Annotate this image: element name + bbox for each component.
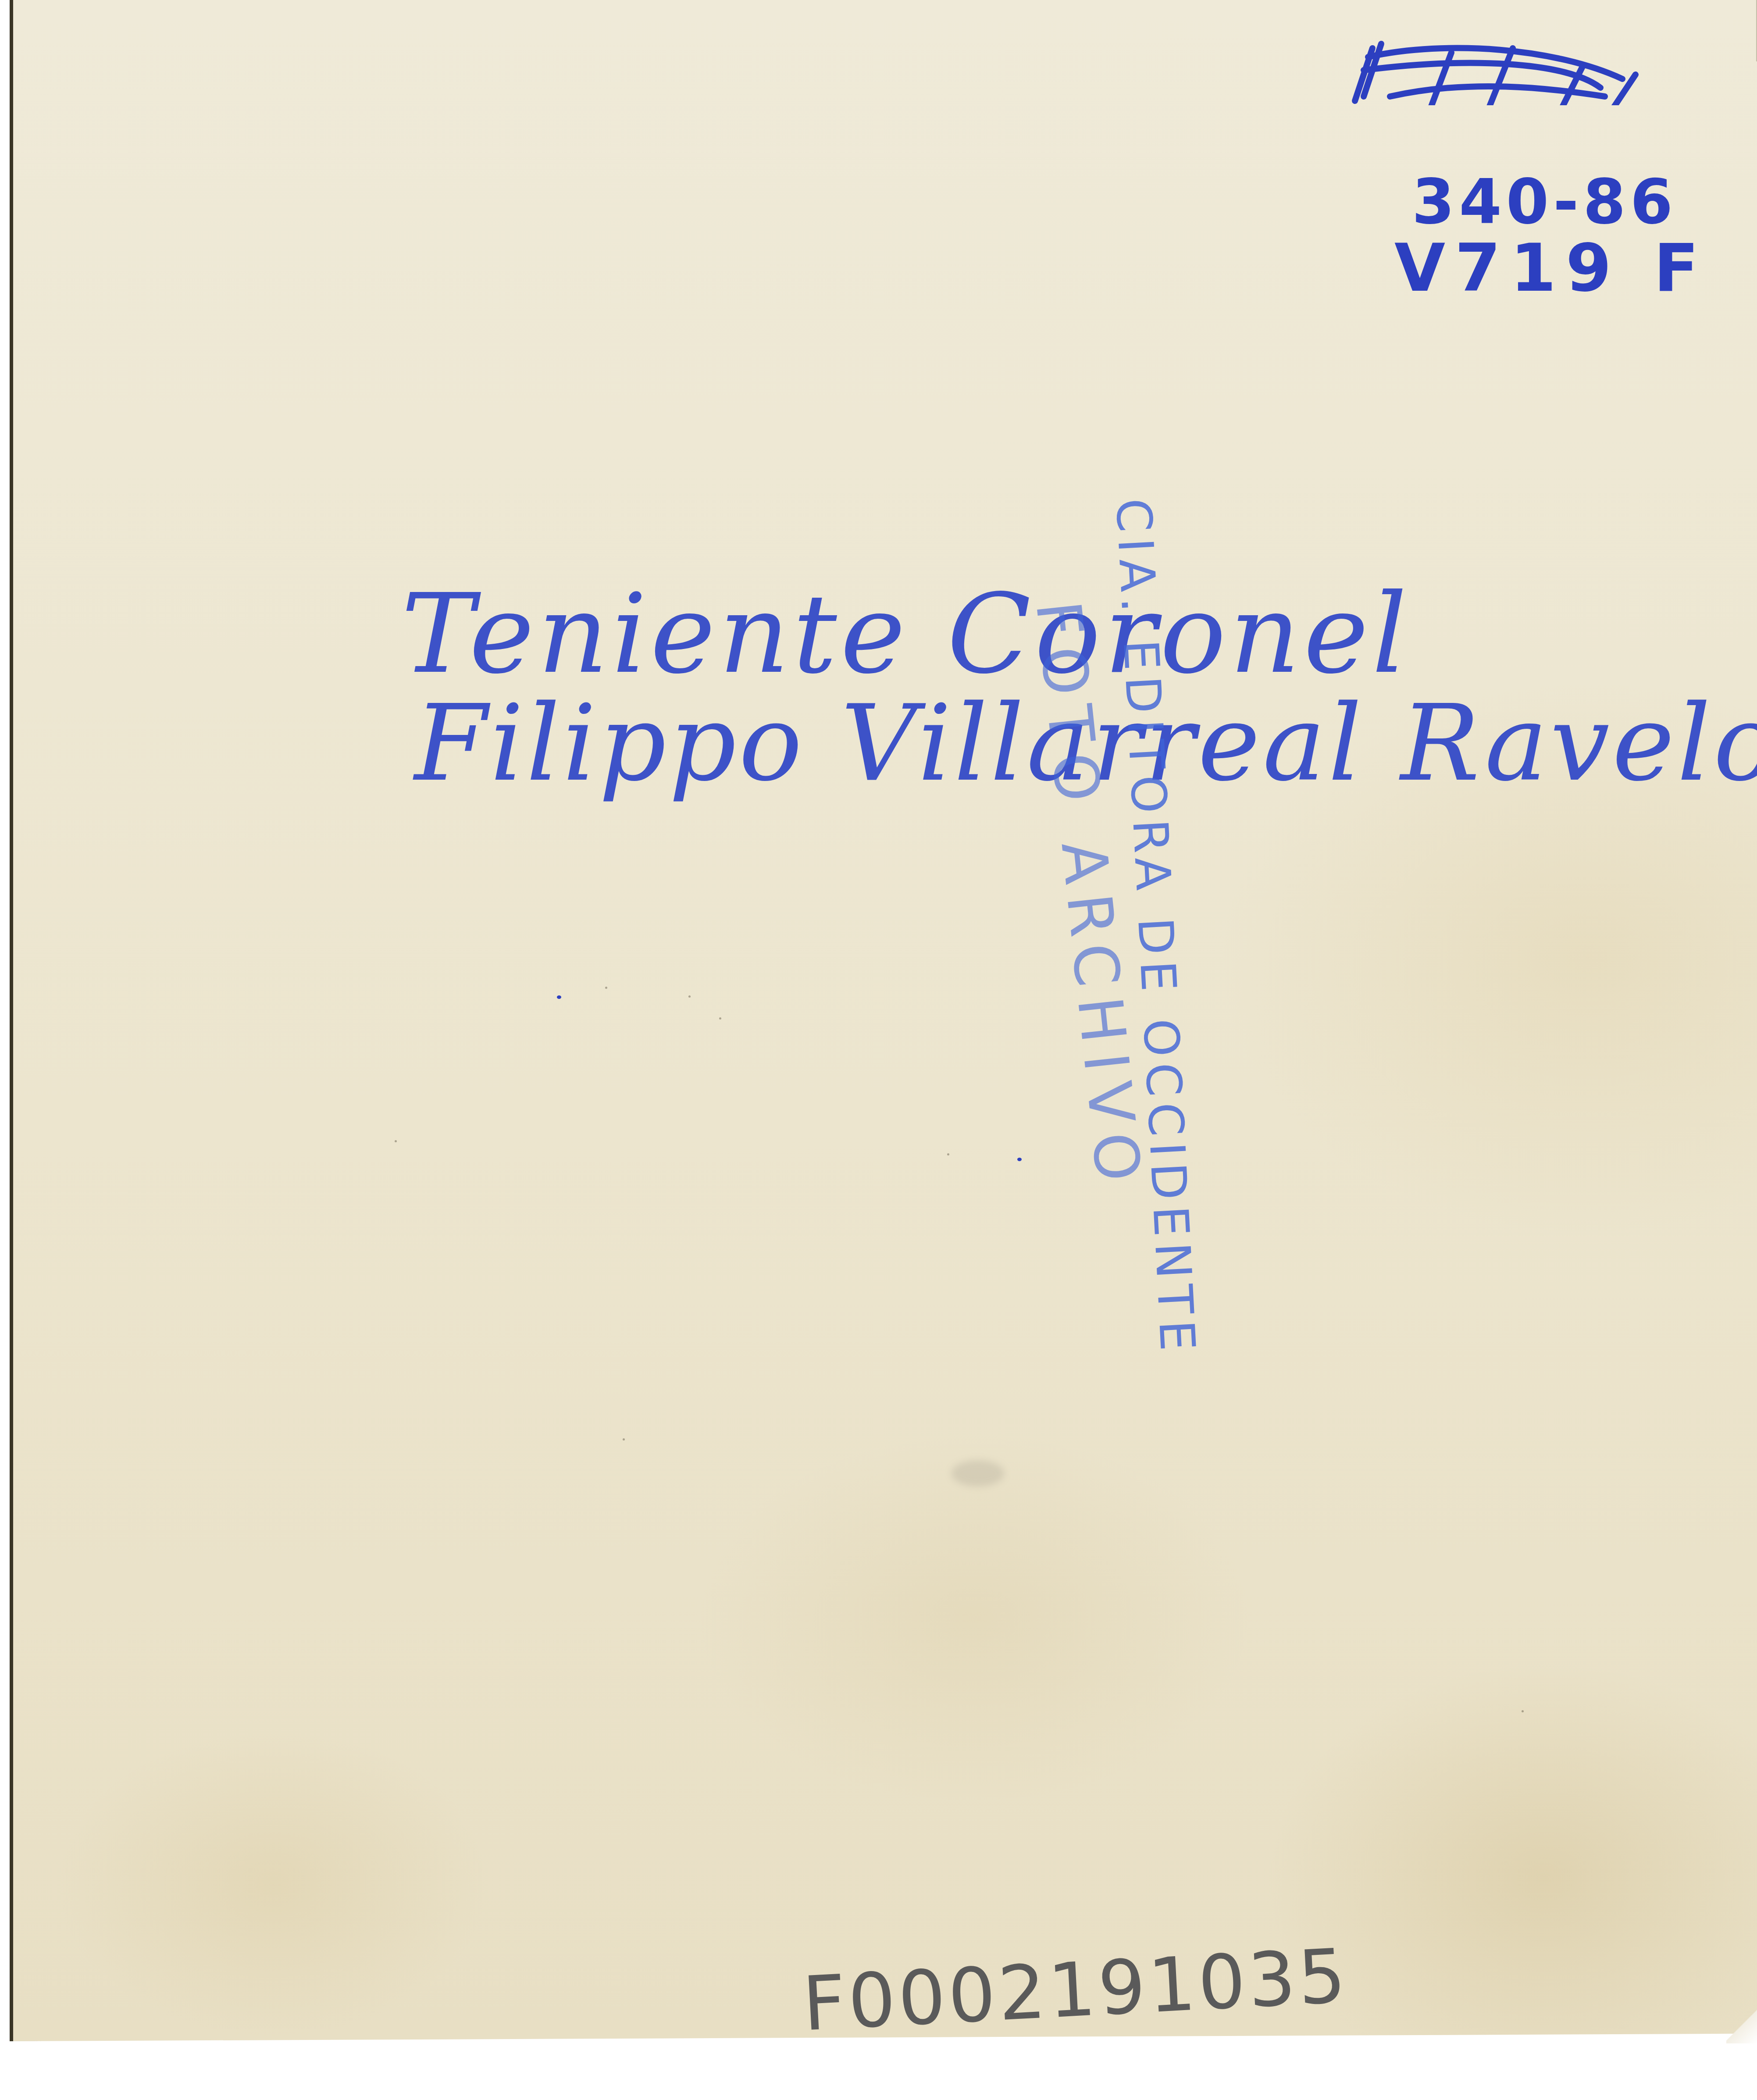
ink-dot — [1017, 1158, 1022, 1161]
crossed-out-scribble — [1337, 31, 1653, 105]
catalog-code: V719 F — [1394, 230, 1708, 307]
catalog-number: 340-86 — [1412, 167, 1677, 238]
ink-dot — [557, 995, 561, 999]
scan-edge — [1743, 0, 1757, 61]
smudge — [952, 1460, 1004, 1487]
caption-rank: Teniente Coronel — [401, 570, 1411, 698]
folded-corner — [1726, 2008, 1757, 2043]
